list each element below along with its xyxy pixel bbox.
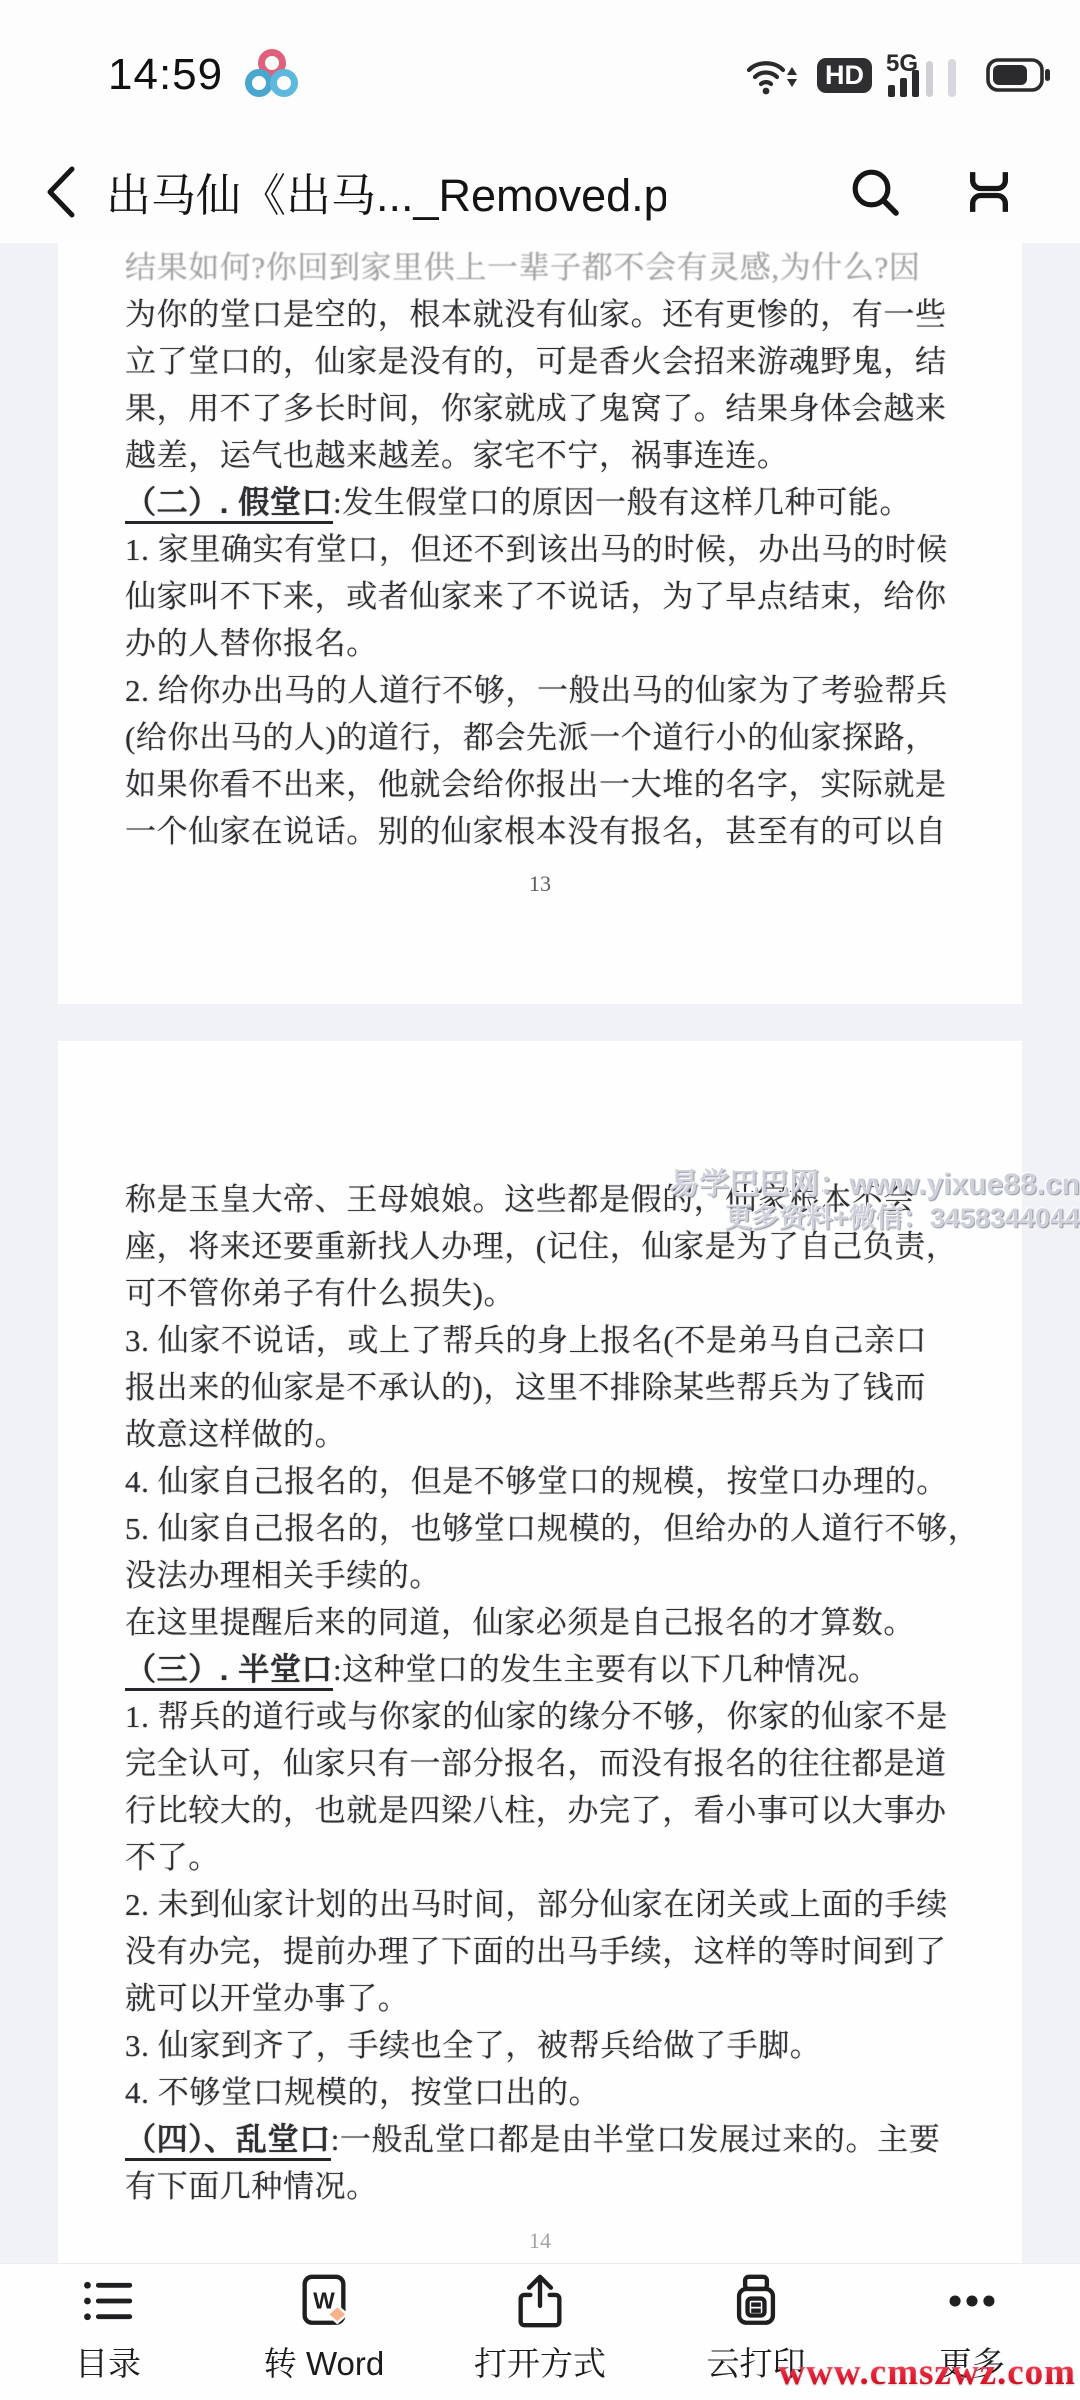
printer-icon	[727, 2272, 785, 2330]
doc-text-line: 为你的堂口是空的，根本就没有仙家。还有更惨的，有一些	[125, 291, 955, 338]
signal-5g-icon: 5G	[886, 51, 972, 99]
doc-text-line: 4. 仙家自己报名的，但是不够堂口的规模，按堂口办理的。	[125, 1458, 955, 1505]
doc-heading: （二）. 假堂口	[125, 485, 333, 524]
doc-text-line: 4. 不够堂口规模的，按堂口出的。	[125, 2069, 955, 2116]
search-button[interactable]	[846, 163, 904, 221]
status-bar: 14:59 HD 5G	[0, 0, 1080, 140]
doc-text-line: 越差，运气也越来越差。家宅不宁，祸事连连。	[125, 432, 955, 479]
doc-text-line: 1. 家里确实有堂口，但还不到该出马的时候，办出马的时候	[125, 526, 955, 573]
open-with-button[interactable]: 打开方式	[432, 2264, 648, 2400]
convert-to-word-button[interactable]: W 转 Word	[216, 2264, 432, 2400]
doc-text-line: 5. 仙家自己报名的，也够堂口规模的，但给办的人道行不够，	[125, 1505, 955, 1552]
doc-text-line: （四）、乱堂口:一般乱堂口都是由半堂口发展过来的。主要	[125, 2116, 955, 2163]
toc-button[interactable]: 目录	[0, 2264, 216, 2400]
wifi-icon	[745, 53, 803, 97]
doc-text-line: 一个仙家在说话。别的仙家根本没有报名，甚至有的可以自	[125, 808, 955, 855]
share-open-icon	[511, 2272, 569, 2330]
pdf-page-13: 结果如何?你回到家里供上一辈子都不会有灵感,为什么?因为你的堂口是空的，根本就没…	[58, 243, 1022, 1004]
embossed-watermark: 易学巴巴网：www.yixue88.cn 更多资料+微信：3458344044	[669, 1168, 1080, 1234]
clock: 14:59	[108, 50, 223, 100]
back-button[interactable]	[40, 164, 84, 220]
document-viewer[interactable]: 结果如何?你回到家里供上一辈子都不会有灵感,为什么?因为你的堂口是空的，根本就没…	[0, 243, 1080, 2263]
search-icon	[847, 164, 903, 220]
pdf-reader-screen: 14:59 HD 5G	[0, 0, 1080, 2400]
doc-heading: （三）. 半堂口	[125, 1652, 333, 1691]
battery-icon	[986, 57, 1052, 93]
reflow-view-icon	[961, 164, 1017, 220]
doc-text-line: 完全认可，仙家只有一部分报名，而没有报名的往往都是道	[125, 1740, 955, 1787]
doc-text-line: 行比较大的，也就是四梁八柱，办完了，看小事可以大事办	[125, 1787, 955, 1834]
doc-text-line: (给你出马的人)的道行，都会先派一个道行小的仙家探路，	[125, 714, 955, 761]
doc-text-line: 不了。	[125, 1834, 955, 1881]
doc-text-line: 1. 帮兵的道行或与你家的仙家的缘分不够，你家的仙家不是	[125, 1693, 955, 1740]
doc-text-line: 2. 给你办出马的人道行不够，一般出马的仙家为了考验帮兵	[125, 667, 955, 714]
title-bar: 出马仙《出马..._Removed.pdf	[0, 140, 1080, 243]
doc-text-line: （三）. 半堂口:这种堂口的发生主要有以下几种情况。	[125, 1646, 955, 1693]
doc-text-line: 2. 未到仙家计划的出马时间，部分仙家在闭关或上面的手续	[125, 1881, 955, 1928]
page-number: 14	[125, 2228, 955, 2254]
page-gap	[0, 1004, 1080, 1041]
reflow-view-button[interactable]	[960, 163, 1018, 221]
doc-text-line: 3. 仙家不说话，或上了帮兵的身上报名(不是弟马自己亲口	[125, 1317, 955, 1364]
doc-text-line: 可不管你弟子有什么损失)。	[125, 1270, 955, 1317]
doc-text-line: 没法办理相关手续的。	[125, 1552, 955, 1599]
doc-text-line: 办的人替你报名。	[125, 620, 955, 667]
doc-text-line: 立了堂口的，仙家是没有的，可是香火会招来游魂野鬼，结	[125, 338, 955, 385]
doc-text-line: 结果如何?你回到家里供上一辈子都不会有灵感,为什么?因	[125, 244, 955, 291]
toc-list-icon	[79, 2272, 137, 2330]
doc-text-line: 有下面几种情况。	[125, 2163, 955, 2210]
word-convert-icon: W	[295, 2272, 353, 2330]
doc-text-line: 在这里提醒后来的同道，仙家必须是自己报名的才算数。	[125, 1599, 955, 1646]
doc-text-line: 故意这样做的。	[125, 1411, 955, 1458]
page-number: 13	[125, 871, 955, 897]
doc-text-line: 如果你看不出来，他就会给你报出一大堆的名字，实际就是	[125, 761, 955, 808]
more-dots-icon	[943, 2272, 1001, 2330]
site-watermark: www.cmszwz.com	[778, 2351, 1076, 2394]
hd-volte-badge: HD	[817, 58, 872, 93]
doc-text-line: 没有办完，提前办理了下面的出马手续，这样的等时间到了	[125, 1928, 955, 1975]
doc-text-line: 仙家叫不下来，或者仙家来了不说话，为了早点结束，给你	[125, 573, 955, 620]
doc-text-line: （二）. 假堂口:发生假堂口的原因一般有这样几种可能。	[125, 479, 955, 526]
notification-app-icon	[245, 49, 299, 101]
doc-text-line: 报出来的仙家是不承认的)，这里不排除某些帮兵为了钱而	[125, 1364, 955, 1411]
doc-heading: （四）、乱堂口	[125, 2122, 331, 2161]
doc-text-line: 3. 仙家到齐了，手续也全了，被帮兵给做了手脚。	[125, 2022, 955, 2069]
doc-text-line: 就可以开堂办事了。	[125, 1975, 955, 2022]
page-title: 出马仙《出马..._Removed.pdf	[106, 159, 666, 224]
doc-text-line: 果，用不了多长时间，你家就成了鬼窝了。结果身体会越来	[125, 385, 955, 432]
